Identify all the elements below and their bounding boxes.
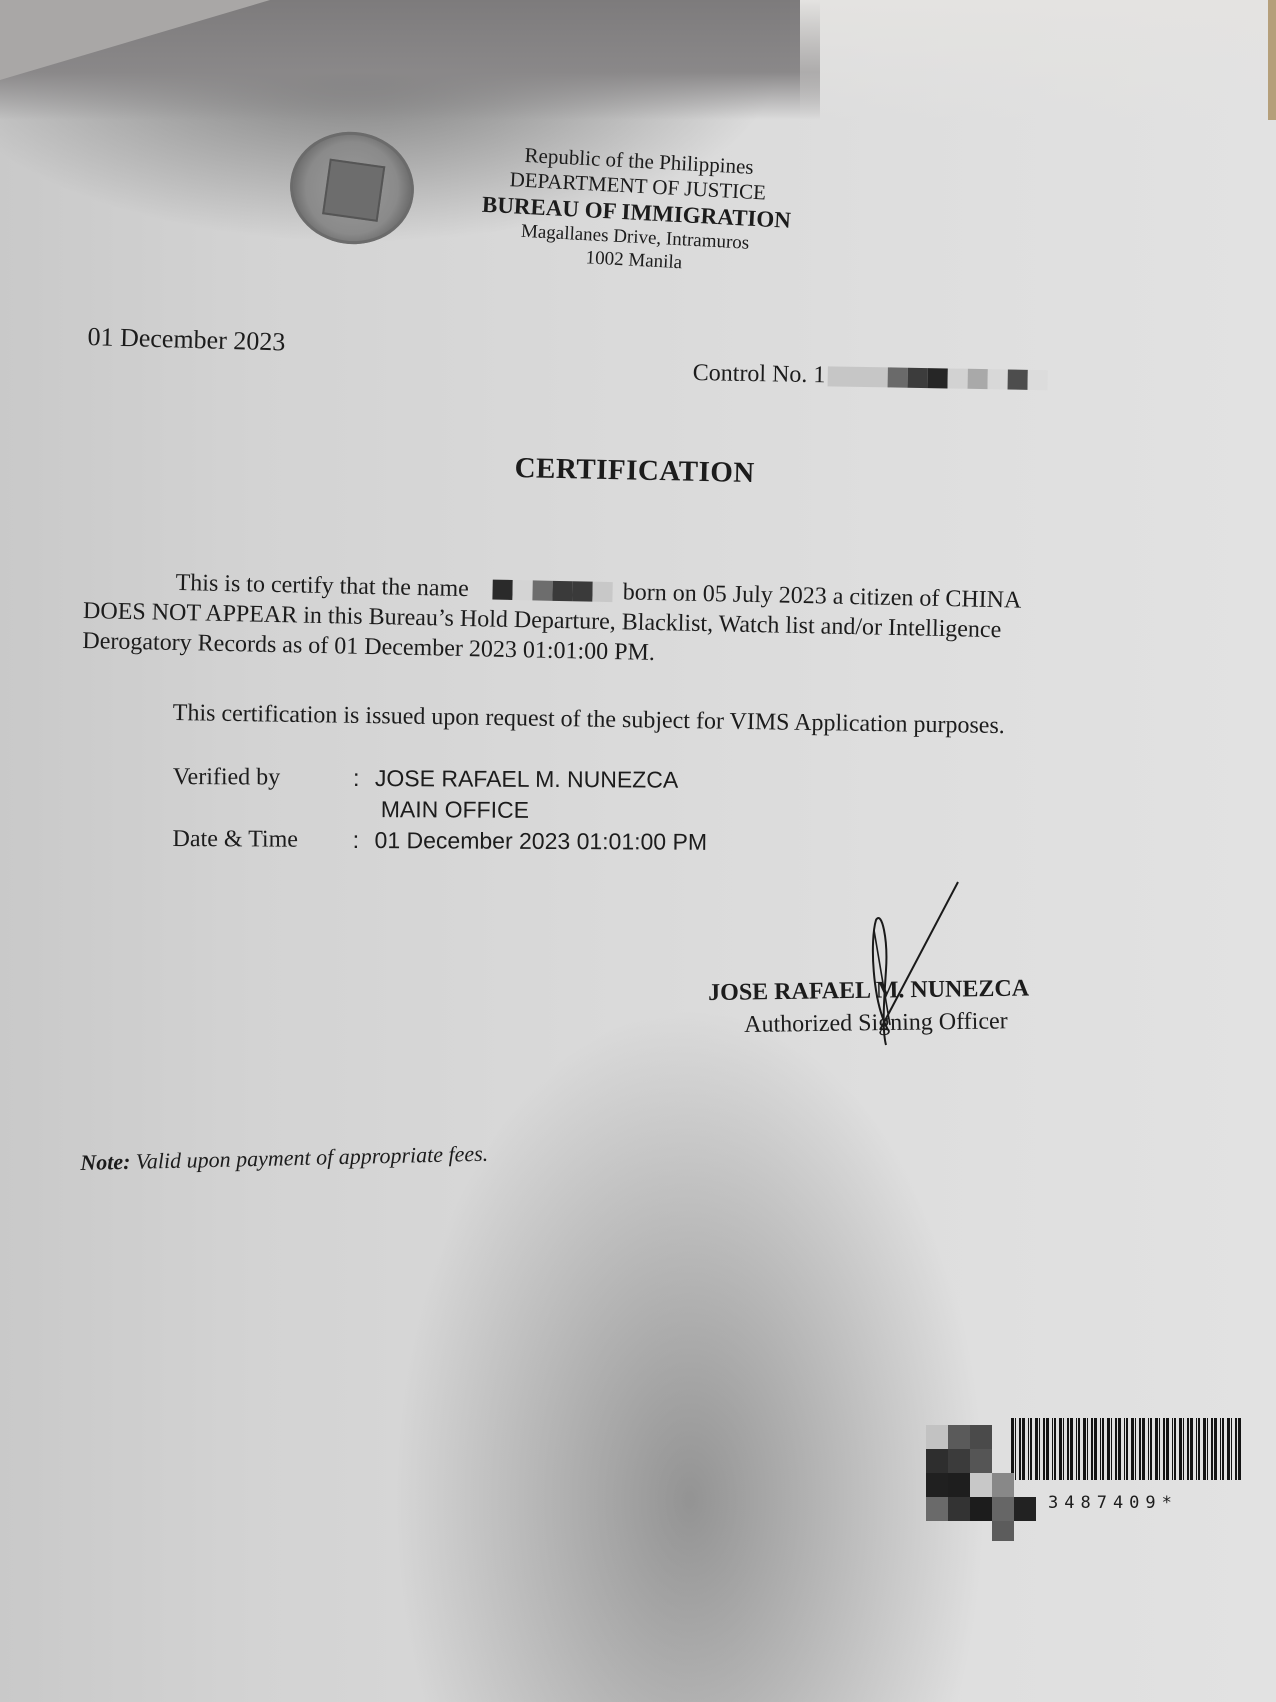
signatory-role: Authorized Signing Officer: [744, 1008, 1008, 1039]
document-title: CERTIFICATION: [514, 452, 755, 490]
note-text: Valid upon payment of appropriate fees.: [136, 1141, 489, 1174]
datetime-value: 01 December 2023 01:01:00 PM: [375, 825, 708, 858]
subject-name-redaction: [493, 580, 613, 603]
verification-block: Verified by : JOSE RAFAEL M. NUNEZCA MAI…: [173, 762, 708, 858]
office-row: MAIN OFFICE: [173, 793, 708, 827]
issue-date: 01 December 2023: [87, 322, 286, 358]
purpose-statement: This certification is issued upon reques…: [173, 700, 1005, 740]
barcode-number: 3487409*: [1048, 1493, 1178, 1513]
verified-by-separator: :: [353, 763, 375, 794]
control-number-redaction: [827, 366, 1047, 390]
verified-by-row: Verified by : JOSE RAFAEL M. NUNEZCA: [173, 762, 708, 796]
letterhead: Republic of the Philippines DEPARTMENT O…: [464, 140, 810, 281]
signatory-name: JOSE RAFAEL M. NUNEZCA: [708, 976, 1029, 1007]
certification-document: Republic of the Philippines DEPARTMENT O…: [0, 0, 1276, 1702]
datetime-label: Date & Time: [173, 824, 353, 856]
control-number-label: Control No. 1: [693, 360, 826, 389]
datetime-separator: :: [353, 825, 375, 856]
control-number: Control No. 1: [693, 360, 1048, 393]
datetime-row: Date & Time : 01 December 2023 01:01:00 …: [173, 824, 708, 858]
verified-by-label: Verified by: [173, 762, 353, 794]
certification-body: This is to certify that the name born on…: [82, 566, 1144, 678]
validity-note: Note: Valid upon payment of appropriate …: [80, 1141, 488, 1176]
office-value: MAIN OFFICE: [381, 794, 529, 826]
bureau-of-immigration-seal-icon: [283, 124, 421, 252]
seal-emblem: [322, 159, 385, 222]
verified-by-value: JOSE RAFAEL M. NUNEZCA: [375, 763, 678, 796]
note-label: Note:: [80, 1149, 131, 1175]
